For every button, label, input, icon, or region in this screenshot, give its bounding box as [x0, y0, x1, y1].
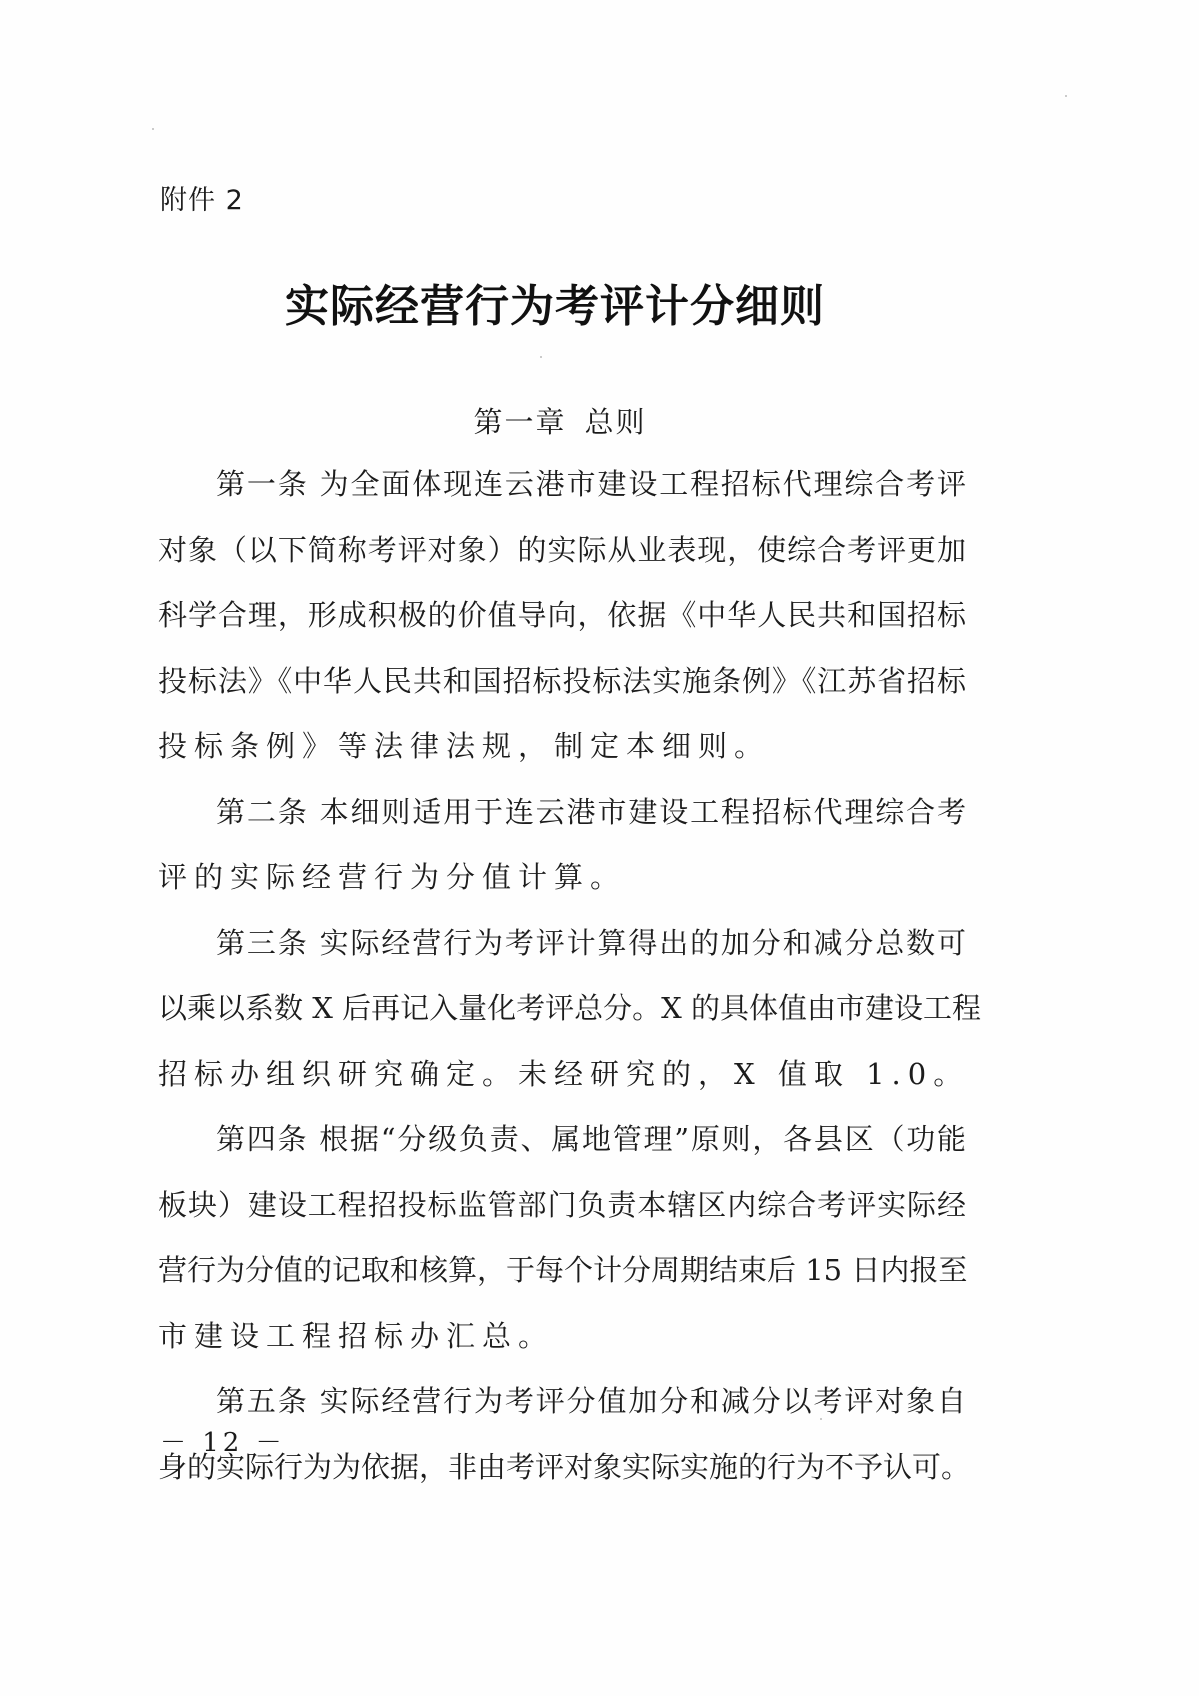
article-line: 第三条 实际经营行为考评计算得出的加分和减分总数可: [158, 911, 966, 977]
article-line: 科学合理，形成积极的价值导向，依据《中华人民共和国招标: [158, 583, 966, 649]
article-line: 第一条 为全面体现连云港市建设工程招标代理综合考评: [158, 452, 966, 518]
attachment-label: 附件 2: [160, 178, 244, 217]
chapter-number: 第一章: [473, 405, 566, 439]
article-1: 第一条 为全面体现连云港市建设工程招标代理综合考评 对象（以下简称考评对象）的实…: [158, 452, 966, 780]
article-line: 投标条例》等法律法规，制定本细则。: [158, 714, 966, 780]
article-2: 第二条 本细则适用于连云港市建设工程招标代理综合考 评的实际经营行为分值计算。: [158, 780, 966, 911]
article-line: 评的实际经营行为分值计算。: [158, 845, 966, 911]
document-page: 附件 2 实际经营行为考评计分细则 第一章总则 第一条 为全面体现连云港市建设工…: [0, 0, 1199, 1696]
article-line: 以乘以系数 X 后再记入量化考评总分。X 的具体值由市建设工程: [158, 976, 966, 1042]
article-3: 第三条 实际经营行为考评计算得出的加分和减分总数可 以乘以系数 X 后再记入量化…: [158, 911, 966, 1108]
scan-speck: [820, 1418, 822, 1420]
article-line: 市建设工程招标办汇总。: [158, 1304, 966, 1370]
page-number: － 12 －: [160, 1422, 286, 1459]
chapter-name: 总则: [585, 405, 647, 439]
article-line: 招标办组织研究确定。未经研究的，X 值取 1.0。: [158, 1042, 966, 1108]
scan-speck: [152, 128, 154, 130]
article-4: 第四条 根据“分级负责、属地管理”原则，各县区（功能 板块）建设工程招投标监管部…: [158, 1107, 966, 1369]
chapter-heading: 第一章总则: [0, 400, 1120, 441]
document-title: 实际经营行为考评计分细则: [0, 270, 1110, 334]
article-line: 投标法》《中华人民共和国招标投标法实施条例》《江苏省招标: [158, 649, 966, 715]
article-line: 板块）建设工程招投标监管部门负责本辖区内综合考评实际经: [158, 1173, 966, 1239]
article-line: 对象（以下简称考评对象）的实际从业表现，使综合考评更加: [158, 518, 966, 584]
article-line: 营行为分值的记取和核算，于每个计分周期结束后 15 日内报至: [158, 1238, 966, 1304]
body-text: 第一条 为全面体现连云港市建设工程招标代理综合考评 对象（以下简称考评对象）的实…: [158, 452, 966, 1500]
article-line: 第二条 本细则适用于连云港市建设工程招标代理综合考: [158, 780, 966, 846]
scan-speck: [540, 356, 542, 358]
scan-speck: [1065, 95, 1067, 97]
article-line: 第四条 根据“分级负责、属地管理”原则，各县区（功能: [158, 1107, 966, 1173]
